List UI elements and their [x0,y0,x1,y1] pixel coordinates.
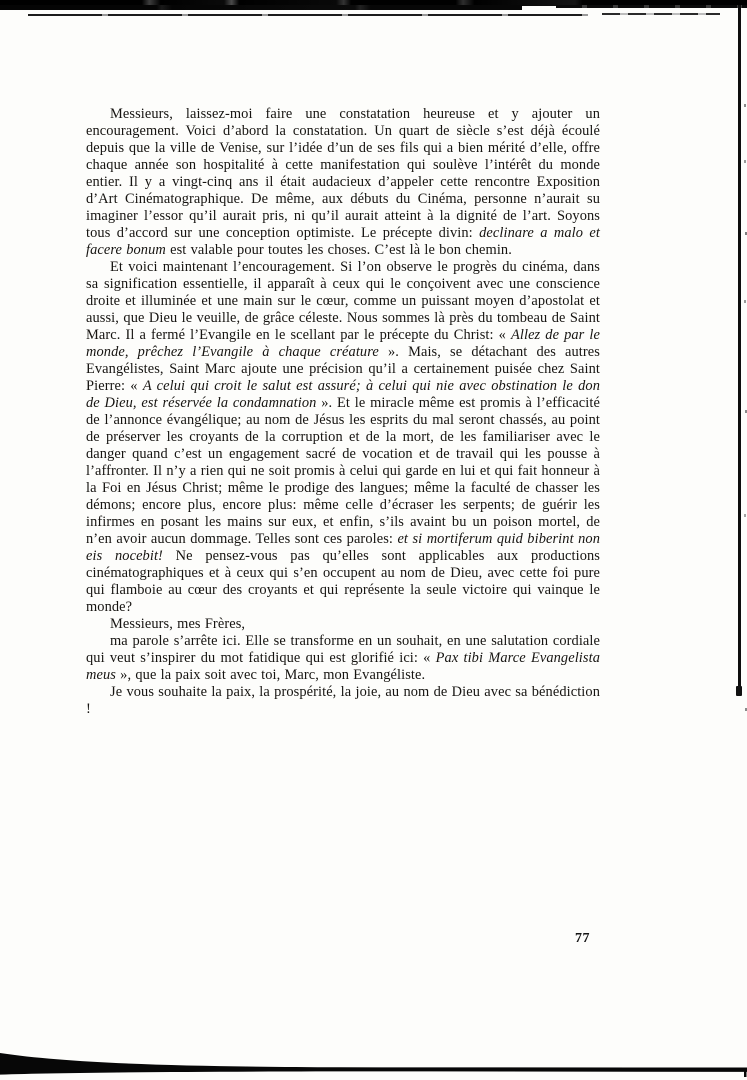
text-run: », que la paix soit avec toi, Marc, mon … [116,667,425,683]
text-run: est valable pour toutes les choses. C’es… [166,242,512,258]
paragraph: ma parole s’arrête ici. Elle se transfor… [86,633,600,684]
paragraph: Je vous souhaite la paix, la prospérité,… [86,684,600,718]
speech-text: Messieurs, laissez-moi faire une constat… [86,106,600,718]
scan-artifact-top-edge-right [556,5,747,8]
paragraph: Et voici maintenant l’encouragement. Si … [86,259,600,616]
scan-noise-specks [744,104,746,107]
paragraph: Messieurs, laissez-moi faire une constat… [86,106,600,259]
paragraph: Messieurs, mes Frères, [86,616,600,633]
page-border-right-rule [738,5,741,691]
text-run: Ne pensez-vous pas qu’elles sont applica… [86,548,600,615]
text-run: ». Et le miracle même est promis à l’eff… [86,395,600,547]
scan-artifact-top-rule [28,14,588,16]
text-run: Je vous souhaite la paix, la prospérité,… [86,684,600,717]
book-page: Messieurs, laissez-moi faire une constat… [0,0,747,1080]
scan-artifact-bottom-gutter [0,1040,747,1080]
text-run: Messieurs, mes Frères, [110,616,245,632]
page-number: 77 [86,931,590,947]
page-border-right-rule-end [736,686,742,696]
text-run: Messieurs, laissez-moi faire une constat… [86,106,600,241]
scan-artifact-top-edge-left [0,5,522,10]
scan-artifact-top-rule-right [602,13,720,15]
